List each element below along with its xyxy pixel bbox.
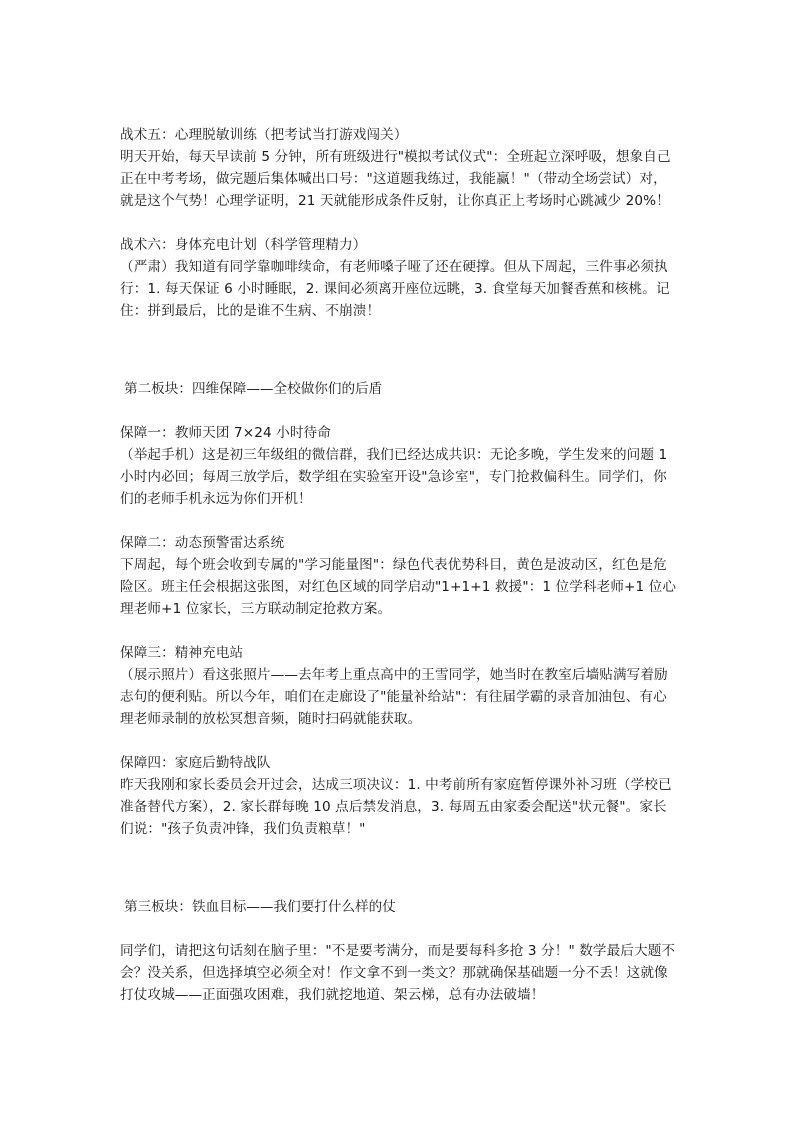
guarantee-three-heading: 保障三：精神充电站	[120, 642, 680, 664]
spacer	[120, 400, 680, 422]
guarantee-two-body: 下周起，每个班会收到专属的"学习能量图"：绿色代表优势科目，黄色是波动区，红色是…	[120, 554, 680, 620]
guarantee-two-heading: 保障二：动态预警雷达系统	[120, 532, 680, 554]
guarantee-four-heading: 保障四：家庭后勤特战队	[120, 752, 680, 774]
section-two-title: 第二板块：四维保障——全校做你们的后盾	[120, 378, 680, 400]
spacer	[120, 322, 680, 378]
guarantee-three-body: （展示照片）看这张照片——去年考上重点高中的王雪同学，她当时在教室后墙贴满写着励…	[120, 664, 680, 730]
spacer	[120, 730, 680, 752]
spacer	[120, 510, 680, 532]
spacer	[120, 620, 680, 642]
section-three-title: 第三板块：铁血目标——我们要打什么样的仗	[120, 896, 680, 918]
tactic-five-heading: 战术五：心理脱敏训练（把考试当打游戏闯关）	[120, 124, 680, 146]
guarantee-four-body: 昨天我刚和家长委员会开过会，达成三项决议：1. 中考前所有家庭暂停课外补习班（学…	[120, 774, 680, 840]
tactic-six-heading: 战术六：身体充电计划（科学管理精力）	[120, 234, 680, 256]
guarantee-one-heading: 保障一：教师天团 7×24 小时待命	[120, 422, 680, 444]
document-page: 战术五：心理脱敏训练（把考试当打游戏闯关） 明天开始，每天早读前 5 分钟，所有…	[120, 124, 680, 1006]
spacer	[120, 212, 680, 234]
tactic-six-body: （严肃）我知道有同学靠咖啡续命，有老师嗓子哑了还在硬撑。但从下周起，三件事必须执…	[120, 256, 680, 322]
tactic-five-body: 明天开始，每天早读前 5 分钟，所有班级进行"模拟考试仪式"：全班起立深呼吸，想…	[120, 146, 680, 212]
spacer	[120, 918, 680, 940]
guarantee-one-body: （举起手机）这是初三年级组的微信群，我们已经达成共识：无论多晚，学生发来的问题 …	[120, 444, 680, 510]
section-three-body: 同学们，请把这句话刻在脑子里："不是要考满分，而是要每科多抢 3 分！" 数学最…	[120, 940, 680, 1006]
spacer	[120, 840, 680, 896]
